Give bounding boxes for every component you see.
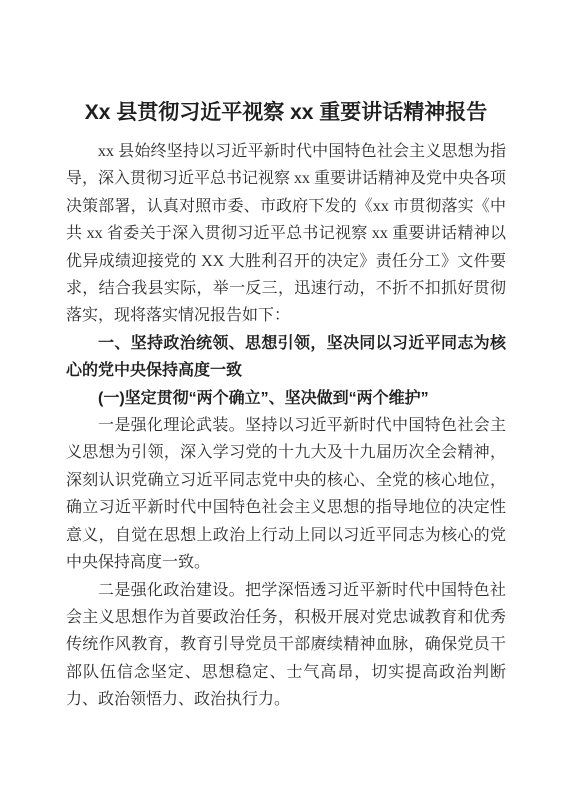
document-title: Xx 县贯彻习近平视察 xx 重要讲话精神报告 [66,98,506,128]
section-heading-1: 一、坚持政治统领、思想引领，坚决同以习近平同志为核心的党中央保持高度一致 [66,330,506,385]
paragraph-point-1: 一是强化理论武装。坚持以习近平新时代中国特色社会主义思想为引领，深入学习党的十九… [66,412,506,576]
paragraph-point-2: 二是强化政治建设。把学深悟透习近平新时代中国特色社会主义思想作为首要政治任务，积… [66,577,506,714]
subsection-heading-1-1: (一)坚定贯彻“两个确立”、坚决做到“两个维护” [66,385,506,412]
paragraph-intro: xx 县始终坚持以习近平新时代中国特色社会主义思想为指导，深入贯彻习近平总书记视… [66,138,506,330]
document-page: Xx 县贯彻习近平视察 xx 重要讲话精神报告 xx 县始终坚持以习近平新时代中… [0,0,570,807]
